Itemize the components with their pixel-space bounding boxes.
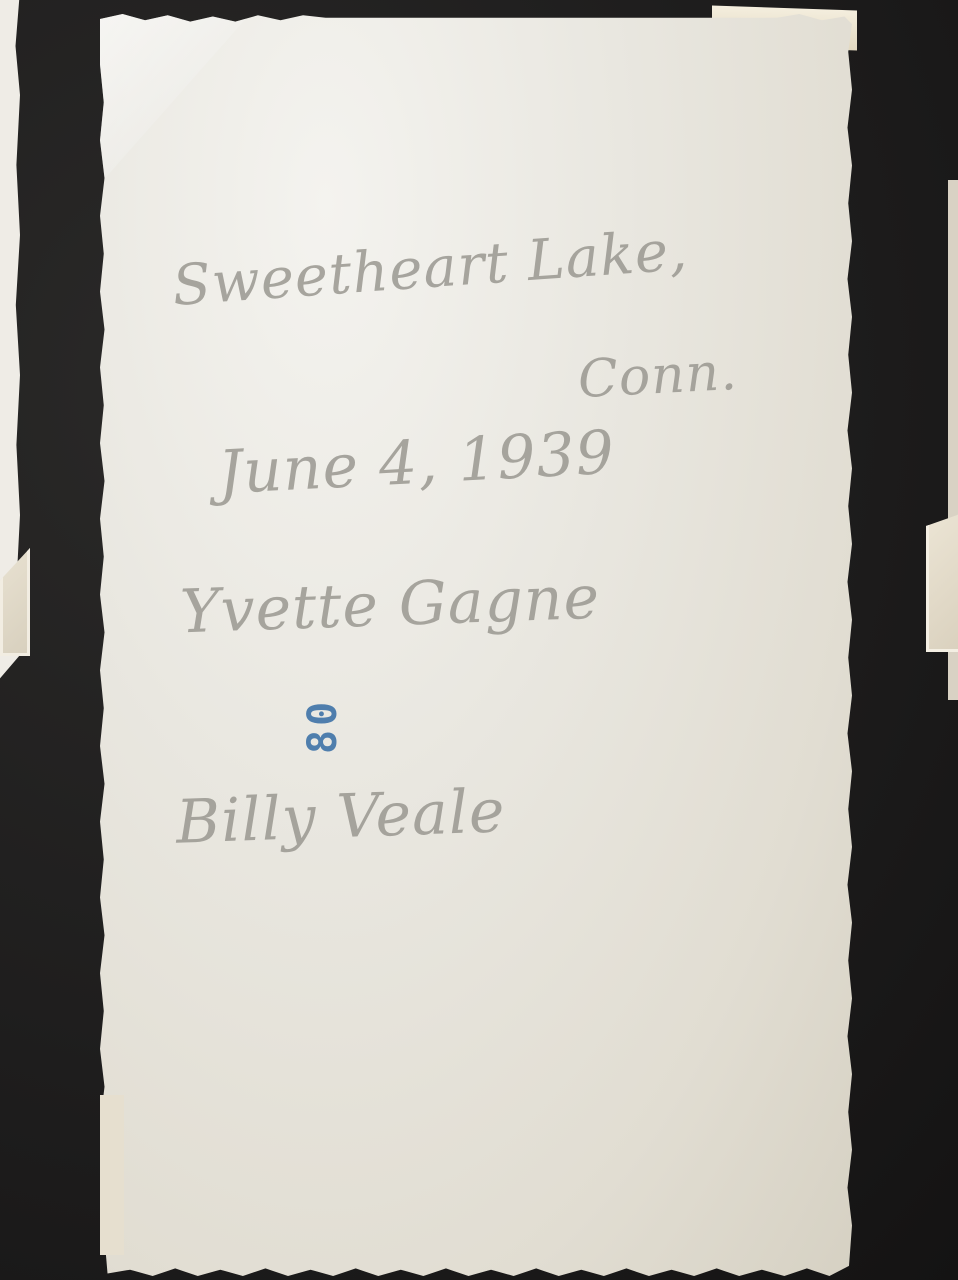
photo-back: Sweetheart Lake, Conn. June 4, 1939 Yvet… [100, 14, 852, 1276]
inscription-name-1: Yvette Gagne [179, 563, 601, 648]
photo-corner-mount-right [926, 512, 958, 652]
photo-corner-mount-bottom-left [100, 1095, 124, 1255]
album-page: Sweetheart Lake, Conn. June 4, 1939 Yvet… [0, 0, 958, 1280]
inscription-state: Conn. [577, 342, 740, 410]
inscription-name-2: Billy Veale [175, 776, 507, 857]
photo-corner-fold [100, 14, 250, 184]
inscription-date: June 4, 1939 [216, 418, 616, 509]
inscription-location: Sweetheart Lake, [170, 218, 689, 319]
stamp-number: 80 [300, 698, 346, 754]
